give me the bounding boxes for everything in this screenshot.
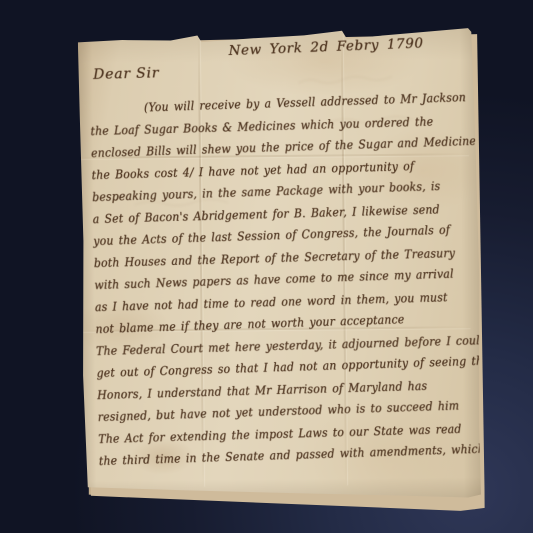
letter-paper: New York 2d Febry 1790 Dear Sir (You wil…	[74, 26, 483, 510]
letter-body: (You will receive by a Vessell addressed…	[90, 89, 473, 472]
photo-background: New York 2d Febry 1790 Dear Sir (You wil…	[0, 0, 533, 533]
ink-layer: New York 2d Febry 1790 Dear Sir (You wil…	[70, 22, 486, 512]
letter-dateline: New York 2d Febry 1790	[228, 33, 424, 61]
letter-salutation: Dear Sir	[93, 63, 160, 85]
